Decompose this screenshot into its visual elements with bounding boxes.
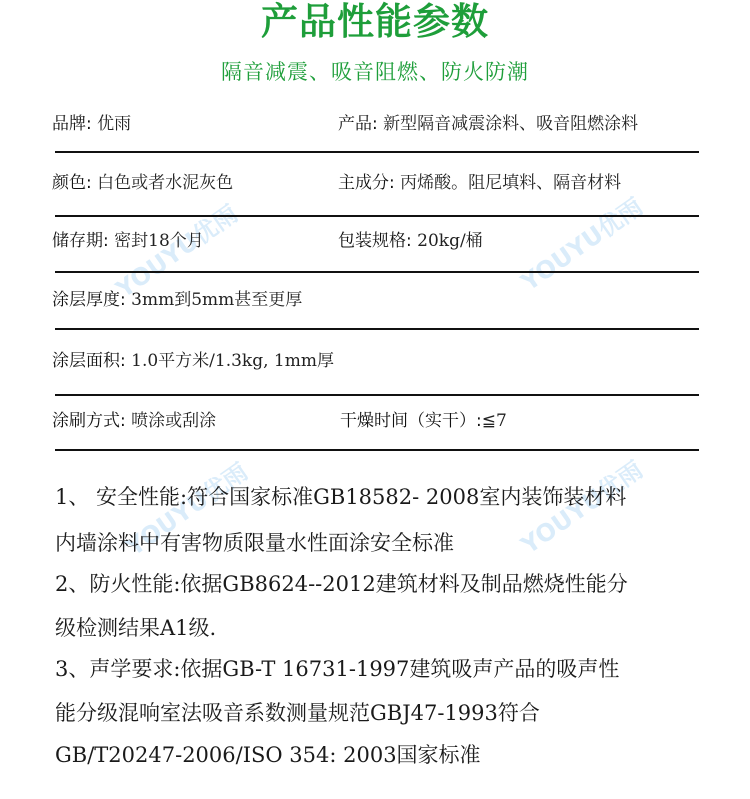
spec-brand: 品牌: 优雨 xyxy=(52,113,131,135)
divider xyxy=(55,215,699,217)
spec-label: 品牌: xyxy=(52,114,92,134)
note-line: 3、声学要求:依据GB-T 16731-1997建筑吸声产品的吸声性 xyxy=(55,652,735,686)
divider xyxy=(55,449,699,451)
spec-value: 20kg/桶 xyxy=(412,231,483,251)
spec-value: 喷涂或刮涂 xyxy=(126,411,216,431)
spec-label: 涂刷方式: xyxy=(52,411,126,431)
spec-value: ≦7 xyxy=(482,411,507,431)
divider xyxy=(55,151,699,153)
spec-label: 涂层面积: xyxy=(52,351,126,371)
note-line: 级检测结果A1级. xyxy=(55,611,735,645)
note-line: 1、 安全性能:符合国家标准GB18582- 2008室内装饰装材料 xyxy=(55,480,735,514)
spec-main-ingredient: 主成分: 丙烯酸。阻尼填料、隔音材料 xyxy=(338,172,621,194)
divider xyxy=(55,394,699,396)
spec-label: 涂层厚度: xyxy=(52,290,126,310)
spec-coating-area: 涂层面积: 1.0平方米/1.3kg, 1mm厚 xyxy=(52,350,334,372)
page-subtitle: 隔音减震、吸音阻燃、防火防潮 xyxy=(0,57,750,87)
spec-value: 丙烯酸。阻尼填料、隔音材料 xyxy=(395,173,621,193)
spec-value: 3mm到5mm甚至更厚 xyxy=(126,290,303,310)
spec-label: 产品: xyxy=(338,114,378,134)
spec-color: 颜色: 白色或者水泥灰色 xyxy=(52,172,233,194)
note-line: 内墙涂料中有害物质限量水性面涂安全标准 xyxy=(55,526,735,560)
divider xyxy=(55,271,699,273)
spec-label: 储存期: xyxy=(52,231,109,251)
spec-shelf-life: 储存期: 密封18个月 xyxy=(52,230,204,252)
page-title: 产品性能参数 xyxy=(0,2,750,42)
spec-value: 优雨 xyxy=(92,114,131,134)
spec-drying-time: 干燥时间（实干）:≦7 xyxy=(340,410,507,432)
spec-value: 密封18个月 xyxy=(109,231,204,251)
spec-label: 干燥时间（实干）: xyxy=(340,411,482,431)
note-line: 2、防火性能:依据GB8624--2012建筑材料及制品燃烧性能分 xyxy=(55,567,735,601)
watermark-logo: YOUYU优雨 xyxy=(513,188,649,298)
spec-label: 主成分: xyxy=(338,173,395,193)
spec-value: 1.0平方米/1.3kg, 1mm厚 xyxy=(126,351,334,371)
spec-value: 新型隔音减震涂料、吸音阻燃涂料 xyxy=(378,114,638,134)
note-line: GB/T20247-2006/ISO 354: 2003国家标准 xyxy=(55,738,735,772)
note-line: 能分级混响室法吸音系数测量规范GBJ47-1993符合 xyxy=(55,696,735,730)
spec-value: 白色或者水泥灰色 xyxy=(92,173,233,193)
spec-application-method: 涂刷方式: 喷涂或刮涂 xyxy=(52,410,216,432)
spec-coating-thickness: 涂层厚度: 3mm到5mm甚至更厚 xyxy=(52,289,302,311)
spec-packaging: 包装规格: 20kg/桶 xyxy=(338,230,483,252)
spec-label: 颜色: xyxy=(52,173,92,193)
spec-label: 包装规格: xyxy=(338,231,412,251)
spec-product: 产品: 新型隔音减震涂料、吸音阻燃涂料 xyxy=(338,113,638,135)
divider xyxy=(55,328,699,330)
